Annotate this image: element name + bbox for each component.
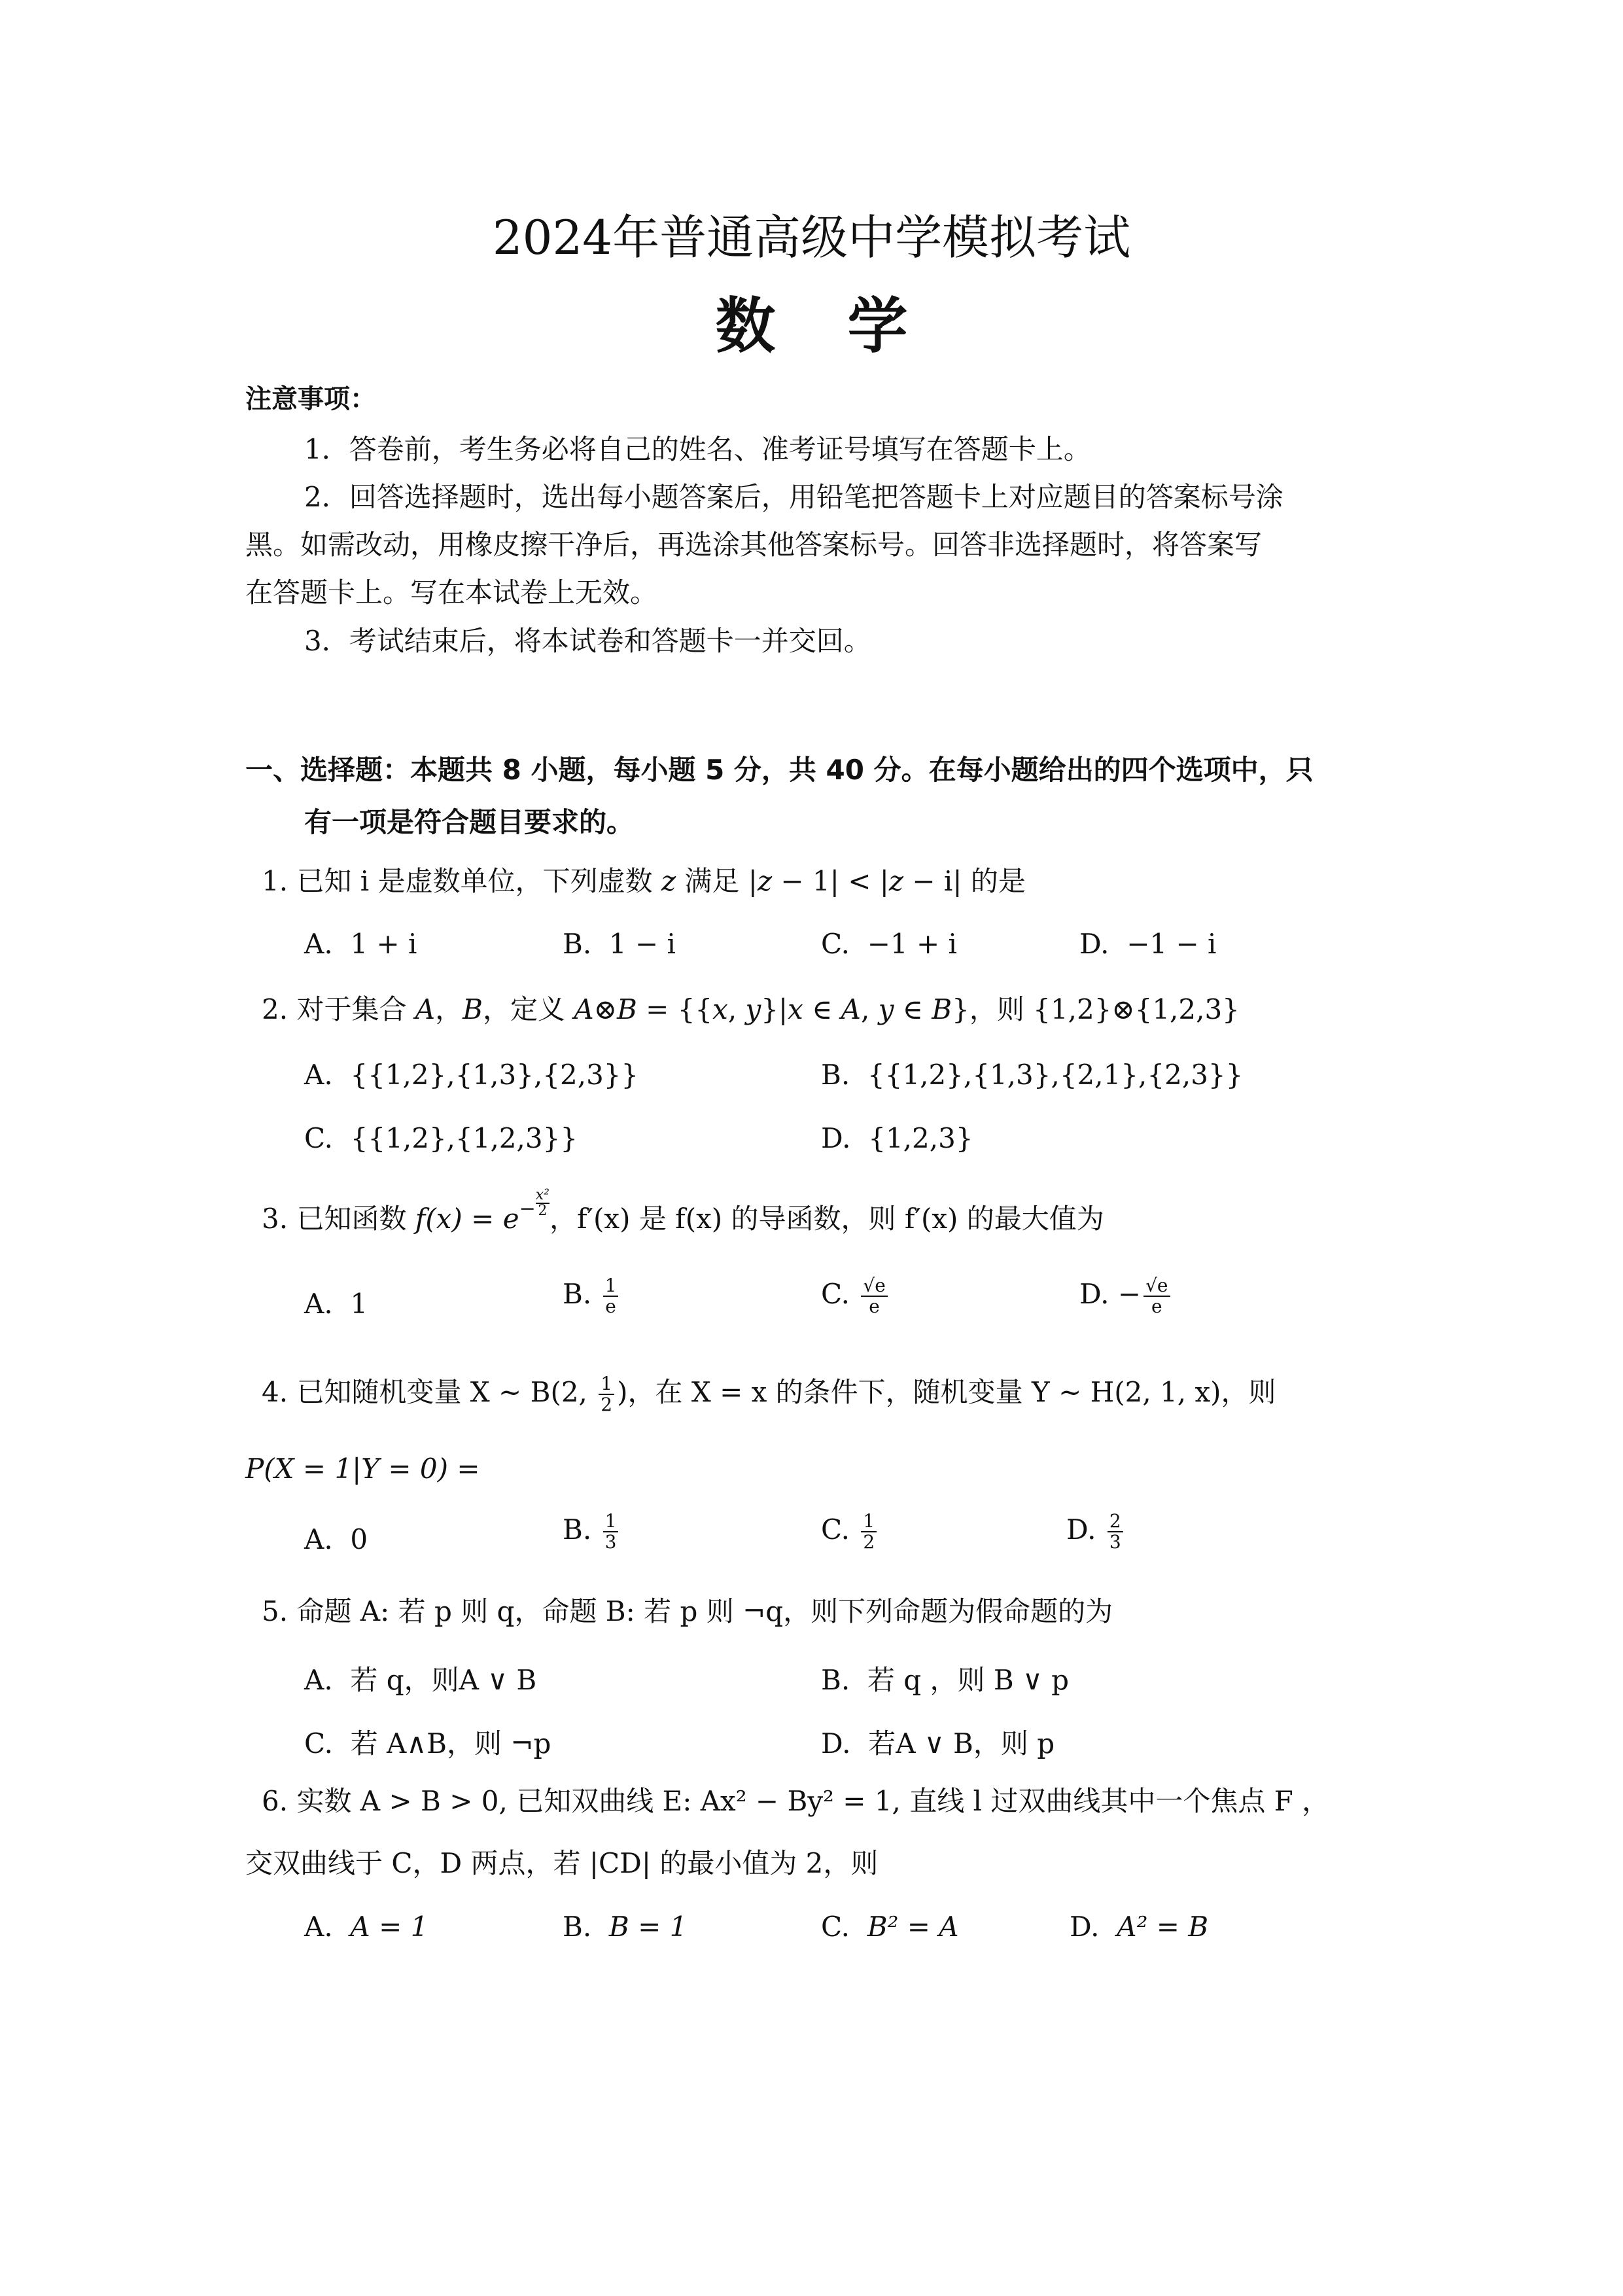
question-2-option-a[interactable]: A. {{1,2},{1,3},{2,3}} — [304, 1059, 638, 1091]
question-4-option-c[interactable]: C. 12 — [821, 1511, 879, 1552]
question-3-stem: 3. 已知函数 f(x) = e−x²2，f′(x) 是 f(x) 的导函数，则… — [262, 1203, 1104, 1239]
section-1-heading-line-1: 一、选择题：本题共 8 小题，每小题 5 分，共 40 分。在每小题给出的四个选… — [245, 754, 1314, 786]
exponent-fraction: x²2 — [536, 1188, 550, 1218]
question-4-option-b[interactable]: B. 13 — [563, 1511, 621, 1552]
question-3-option-b[interactable]: B. 1e — [563, 1276, 621, 1316]
question-2-option-b[interactable]: B. {{1,2},{1,3},{2,1},{2,3}} — [821, 1059, 1243, 1091]
notice-item-2-line-3: 在答题卡上。写在本试卷上无效。 — [245, 576, 657, 609]
question-5-option-a[interactable]: A. 若 q，则A ∨ B — [304, 1659, 536, 1698]
question-6-option-d[interactable]: D. A² = B — [1070, 1911, 1208, 1943]
question-1-stem: 1. 已知 i 是虚数单位，下列虚数 z 满足 |z − 1| < |z − i… — [262, 865, 1026, 898]
question-5-option-d[interactable]: D. 若A ∨ B，则 p — [821, 1722, 1055, 1761]
notice-item-1: 1．答卷前，考生务必将自己的姓名、准考证号填写在答题卡上。 — [304, 433, 1091, 466]
question-number: 1. — [262, 865, 288, 897]
question-3-option-d[interactable]: D. −√ee — [1079, 1276, 1173, 1316]
notice-heading: 注意事项： — [245, 378, 376, 415]
question-4-option-a[interactable]: A. 0 — [304, 1523, 368, 1555]
question-4-stem-line-1: 4. 已知随机变量 X ~ B(2, 12)，在 X = x 的条件下，随机变量… — [262, 1374, 1276, 1415]
question-4-stem-line-2: P(X = 1|Y = 0) = — [245, 1453, 480, 1485]
exam-title: 2024年普通高级中学模拟考试 — [0, 200, 1623, 268]
subject-title: 数学 — [0, 278, 1623, 364]
question-1-option-d[interactable]: D. −1 − i — [1079, 928, 1216, 960]
question-1-option-a[interactable]: A. 1 + i — [304, 928, 417, 960]
question-1-option-b[interactable]: B. 1 − i — [563, 928, 676, 960]
question-6-option-c[interactable]: C. B² = A — [821, 1911, 959, 1943]
question-6-stem-line-2: 交双曲线于 C，D 两点，若 |CD| 的最小值为 2，则 — [245, 1847, 878, 1880]
question-6-option-a[interactable]: A. A = 1 — [304, 1911, 428, 1943]
question-6-option-b[interactable]: B. B = 1 — [563, 1911, 687, 1943]
question-2-stem: 2. 对于集合 A，B，定义 A⊗B = {{x, y}|x ∈ A, y ∈ … — [262, 993, 1240, 1026]
notice-item-2-line-2: 黑。如需改动，用橡皮擦干净后，再选涂其他答案标号。回答非选择题时，将答案写 — [245, 529, 1262, 561]
notice-item-2-line-1: 2．回答选择题时，选出每小题答案后，用铅笔把答题卡上对应题目的答案标号涂 — [304, 481, 1283, 514]
question-1-option-c[interactable]: C. −1 + i — [821, 928, 957, 960]
question-5-stem: 5. 命题 A: 若 p 则 q，命题 B: 若 p 则 ¬q，则下列命题为假命… — [262, 1595, 1113, 1628]
question-5-option-c[interactable]: C. 若 A∧B，则 ¬p — [304, 1722, 551, 1761]
question-3-option-c[interactable]: C. √ee — [821, 1276, 890, 1316]
question-3-option-a[interactable]: A. 1 — [304, 1288, 368, 1320]
question-2-option-c[interactable]: C. {{1,2},{1,2,3}} — [304, 1122, 578, 1154]
question-5-option-b[interactable]: B. 若 q ，则 B ∨ p — [821, 1659, 1069, 1698]
section-1-heading-line-2: 有一项是符合题目要求的。 — [304, 806, 634, 839]
question-2-option-d[interactable]: D. {1,2,3} — [821, 1122, 973, 1154]
question-4-option-d[interactable]: D. 23 — [1066, 1511, 1126, 1552]
question-6-stem-line-1: 6. 实数 A > B > 0, 已知双曲线 E: Ax² − By² = 1,… — [262, 1785, 1329, 1818]
notice-item-3: 3．考试结束后，将本试卷和答题卡一并交回。 — [304, 625, 871, 658]
